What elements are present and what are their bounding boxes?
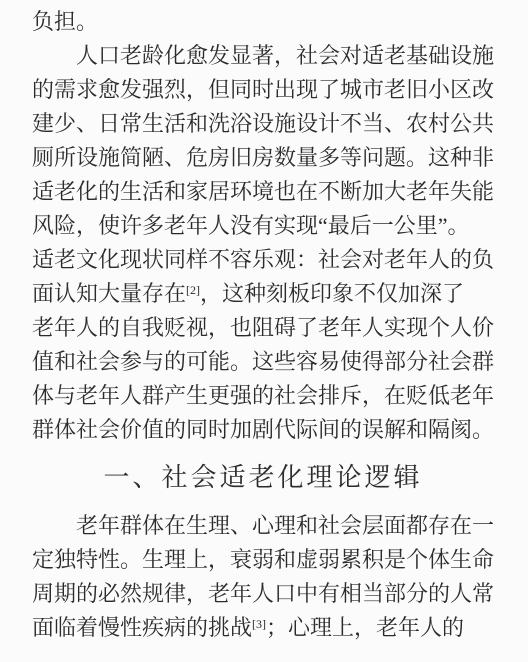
text-line: 值和社会参与的可能。这些容易使得部分社会群 <box>32 345 494 379</box>
section-heading: 一、社会适老化理论逻辑 <box>32 447 494 509</box>
text-segment: 的需求愈发强烈，但同时出现了城市老旧小区改 <box>32 77 494 102</box>
text-segment: 一、社会适老化理论逻辑 <box>103 463 422 492</box>
text-segment: 老年群体在生理、心理和社会层面都存在一 <box>32 513 494 538</box>
text-line: 厕所设施简陋、危房旧房数量多等问题。这种非 <box>32 141 494 175</box>
text-segment: 厕所设施简陋、危房旧房数量多等问题。这种非 <box>32 145 494 170</box>
text-segment: 面认知大量存在 <box>32 281 186 306</box>
text-line: 的需求愈发强烈，但同时出现了城市老旧小区改 <box>32 73 494 107</box>
text-segment: 体与老年人群产生更强的社会排斥，在贬低老年 <box>32 383 494 408</box>
citation-ref: [3] <box>252 617 266 631</box>
text-line: 人口老龄化愈发显著，社会对适老基础设施 <box>32 39 494 73</box>
text-segment: 风险，使许多老年人没有实现“最后一公里”。 <box>32 213 470 238</box>
text-segment: ，这种刻板印象不仅加深了 <box>200 281 464 306</box>
text-line: 体与老年人群产生更强的社会排斥，在贬低老年 <box>32 379 494 413</box>
text-line: 周期的必然规律，老年人口中有相当部分的人常 <box>32 577 494 611</box>
text-segment: 人口老龄化愈发显著，社会对适老基础设施 <box>32 43 494 68</box>
text-line: 群体社会价值的同时加剧代际间的误解和隔阂。 <box>32 413 494 447</box>
text-line: 老年群体在生理、心理和社会层面都存在一 <box>32 509 494 543</box>
text-segment: 值和社会参与的可能。这些容易使得部分社会群 <box>32 349 494 374</box>
text-line: 负担。 <box>32 5 494 39</box>
text-segment: 面临着慢性疾病的挑战 <box>32 615 252 640</box>
text-segment: 周期的必然规律，老年人口中有相当部分的人常 <box>32 581 494 606</box>
text-line: 风险，使许多老年人没有实现“最后一公里”。 <box>32 209 494 243</box>
text-segment: 适老文化现状同样不容乐观：社会对老年人的负 <box>32 247 494 272</box>
text-line: 面临着慢性疾病的挑战[3]；心理上，老年人的 <box>32 611 494 645</box>
text-segment: 负担。 <box>32 9 98 34</box>
text-segment: 建少、日常生活和洗浴设施设计不当、农村公共 <box>32 111 494 136</box>
text-segment: 老年人的自我贬视，也阻碍了老年人实现个人价 <box>32 315 494 340</box>
citation-ref: [2] <box>186 283 200 297</box>
text-segment: 定独特性。生理上，衰弱和虚弱累积是个体生命 <box>32 547 494 572</box>
text-segment: 群体社会价值的同时加剧代际间的误解和隔阂。 <box>32 417 494 442</box>
text-block: 负担。 人口老龄化愈发显著，社会对适老基础设施的需求愈发强烈，但同时出现了城市老… <box>32 5 494 645</box>
text-line: 老年人的自我贬视，也阻碍了老年人实现个人价 <box>32 311 494 345</box>
text-line: 定独特性。生理上，衰弱和虚弱累积是个体生命 <box>32 543 494 577</box>
text-line: 建少、日常生活和洗浴设施设计不当、农村公共 <box>32 107 494 141</box>
text-segment: 适老化的生活和家居环境也在不断加大老年失能 <box>32 179 494 204</box>
text-line: 面认知大量存在[2]，这种刻板印象不仅加深了 <box>32 277 494 311</box>
text-line: 适老文化现状同样不容乐观：社会对老年人的负 <box>32 243 494 277</box>
text-line: 适老化的生活和家居环境也在不断加大老年失能 <box>32 175 494 209</box>
document-page: 负担。 人口老龄化愈发显著，社会对适老基础设施的需求愈发强烈，但同时出现了城市老… <box>0 0 528 662</box>
text-segment: ；心理上，老年人的 <box>266 615 464 640</box>
